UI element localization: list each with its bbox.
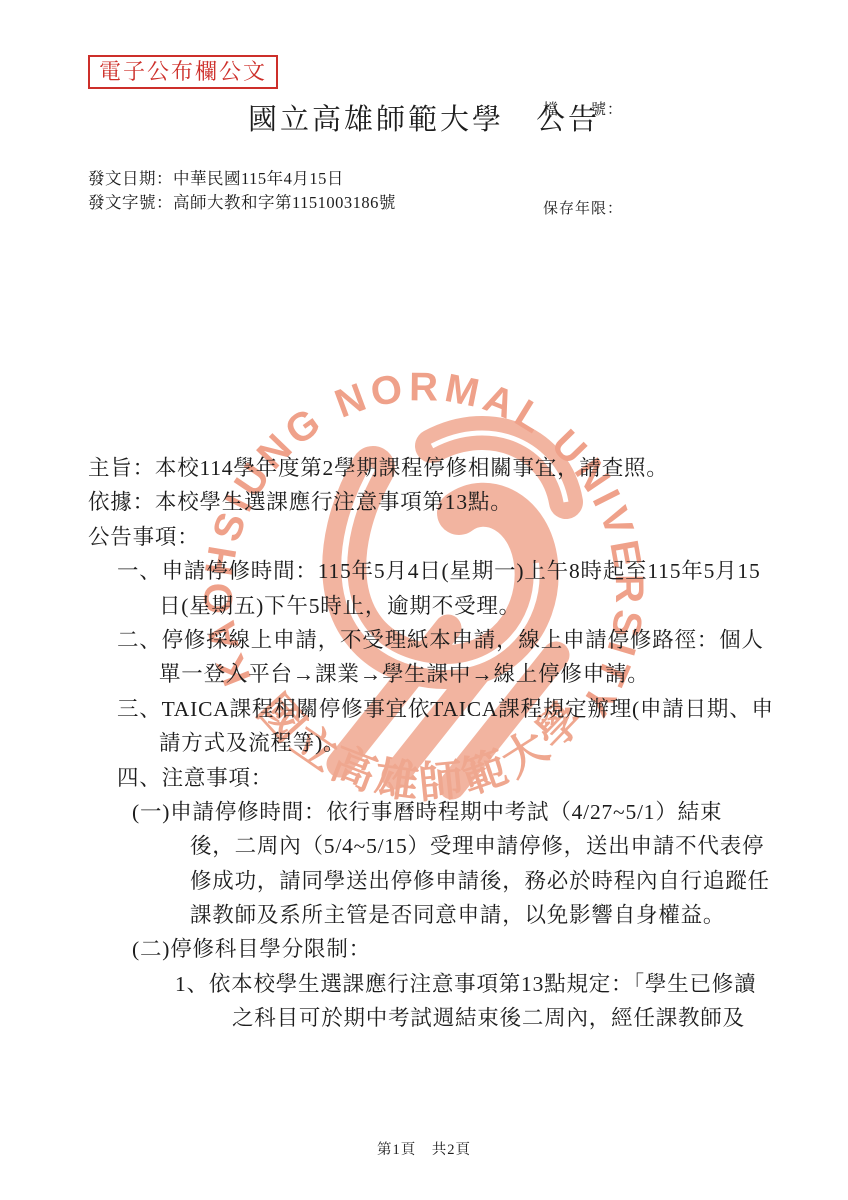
reference-number-line: 發文字號：高師大教和字第1151003186號 [88,191,396,215]
page-number-footer: 第1頁 共2頁 [0,1138,848,1159]
body-line: 日(星期五)下午5時止，逾期不受理。 [0,589,848,623]
document-title: 國立高雄師範大學 公告 [0,97,848,138]
body-line: 二、停修採線上申請，不受理紙本申請，線上申請停修路徑：個人 [0,623,848,657]
issue-date-line: 發文日期：中華民國115年4月15日 [88,167,396,191]
document-meta: 發文日期：中華民國115年4月15日 發文字號：高師大教和字第115100318… [88,167,396,214]
body-line: 公告事項： [0,520,848,554]
body-line: 主旨：本校114學年度第2學期課程停修相關事宜，請查照。 [0,451,848,485]
retention-period-label: 保存年限： [543,193,623,226]
body-line: 後，二周內（5/4~5/15）受理申請停修，送出申請不代表停 [0,829,848,863]
file-number-block: 檔 號： 保存年限： [543,28,623,292]
body-line: 一、申請停修時間：115年5月4日(星期一)上午8時起至115年5月15 [0,554,848,588]
body-line: 三、TAICA課程相關停修事宜依TAICA課程規定辦理(申請日期、申 [0,692,848,726]
announcement-document-page: KAOHSIUNG NORMAL UNIVERSITY 國立高雄師範大學 電子公… [0,0,848,1200]
body-line: 四、注意事項： [0,761,848,795]
body-line: (二)停修科目學分限制： [0,932,848,966]
body-line: 修成功，請同學送出停修申請後，務必於時程內自行追蹤任 [0,864,848,898]
body-line: 單一登入平台→課業→學生課中→線上停修申請。 [0,657,848,691]
body-line: 依據：本校學生選課應行注意事項第13點。 [0,485,848,519]
announcement-body: 主旨：本校114學年度第2學期課程停修相關事宜，請查照。 依據：本校學生選課應行… [0,451,848,1036]
body-line: 課教師及系所主管是否同意申請，以免影響自身權益。 [0,898,848,932]
body-line: 之科目可於期中考試週結束後二周內，經任課教師及 [0,1001,848,1035]
body-line: (一)申請停修時間：依行事曆時程期中考試（4/27~5/1）結束 [0,795,848,829]
ebulletin-stamp: 電子公布欄公文 [88,55,278,89]
body-line: 1、依本校學生選課應行注意事項第13點規定：「學生已修讀 [0,967,848,1001]
body-line: 請方式及流程等)。 [0,726,848,760]
